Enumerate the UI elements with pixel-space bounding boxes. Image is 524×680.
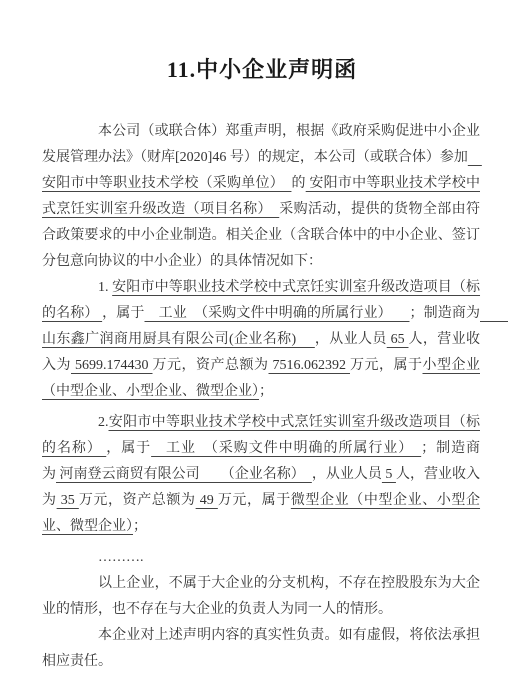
paragraph-item-2: 2.安阳市中等职业技术学校中式烹饪实训室升级改造项目（标的名称） ，属于 工业 … bbox=[42, 410, 480, 540]
text-segment: ，属于 bbox=[102, 306, 144, 321]
text-segment: 以上企业，不属于大企业的分支机构，不存在控股股东为大企业的情形，也不存在与大企业… bbox=[42, 576, 480, 617]
document-title: 11.中小企业声明函 bbox=[0, 0, 524, 85]
paragraph-responsibility-statement: 本企业对上述声明内容的真实性负责。如有虚假，将依法承担相应责任。 bbox=[42, 623, 480, 675]
document-body: 本公司（或联合体）郑重声明，根据《政府采购促进中小企业发展管理办法》（财库[20… bbox=[42, 119, 480, 675]
text-segment: ，从业人员 bbox=[312, 467, 382, 482]
text-segment: ； bbox=[259, 384, 273, 399]
text-segment: 万元，属于 bbox=[350, 358, 423, 373]
paragraph-no-large-enterprise-statement: 以上企业，不属于大企业的分支机构，不存在控股股东为大企业的情形，也不存在与大企业… bbox=[42, 571, 480, 623]
filled-blank-field: 65 bbox=[387, 332, 409, 347]
filled-blank-field: 5 bbox=[382, 467, 396, 482]
filled-blank-field: 工业 （采购文件中明确的所属行业） bbox=[145, 306, 410, 321]
filled-blank-field: 河南登云商贸有限公司 （企业名称） bbox=[56, 467, 312, 482]
text-segment: ，从业人员 bbox=[315, 332, 387, 347]
paragraph-intro: 本公司（或联合体）郑重声明，根据《政府采购促进中小企业发展管理办法》（财库[20… bbox=[42, 119, 480, 275]
filled-blank-field: 5699.174430 bbox=[71, 358, 153, 373]
text-segment: ………. bbox=[98, 550, 144, 565]
text-segment: 万元，属于 bbox=[218, 493, 291, 508]
document-page: 11.中小企业声明函 本公司（或联合体）郑重声明，根据《政府采购促进中小企业发展… bbox=[0, 0, 524, 680]
text-segment: 本企业对上述声明内容的真实性负责。如有虚假，将依法承担相应责任。 bbox=[42, 628, 480, 669]
text-segment: ；制造商为 bbox=[410, 306, 481, 321]
filled-blank-field: 工业 （采购文件中明确的所属行业） bbox=[151, 441, 421, 456]
paragraph-item-1: 1. 安阳市中等职业技术学校中式烹饪实训室升级改造项目（标的名称） ，属于 工业… bbox=[42, 275, 480, 405]
text-segment: 2. bbox=[98, 415, 109, 430]
text-segment: 万元，资产总额为 bbox=[153, 358, 269, 373]
text-segment: 本公司（或联合体）郑重声明，根据《政府采购促进中小企业发展管理办法》（财库[20… bbox=[42, 124, 480, 165]
filled-blank-field: 35 bbox=[57, 493, 79, 508]
text-segment: 万元，资产总额为 bbox=[79, 493, 196, 508]
filled-blank-field: 49 bbox=[196, 493, 218, 508]
text-segment: 1. bbox=[98, 280, 112, 295]
filled-blank-field: 7516.062392 bbox=[269, 358, 351, 373]
text-segment: 的 bbox=[291, 176, 305, 191]
text-segment: ； bbox=[133, 519, 147, 534]
text-segment: ，属于 bbox=[106, 441, 151, 456]
paragraph-ellipsis: ………. bbox=[42, 545, 480, 571]
